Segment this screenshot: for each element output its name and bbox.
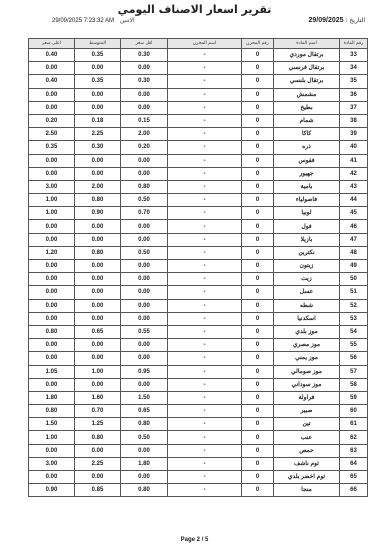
- cell-store-no: 0: [242, 180, 274, 193]
- cell-item-no: 64: [340, 457, 368, 470]
- cell-store-no: 0: [242, 405, 274, 418]
- cell-max-price: 0.00: [29, 444, 75, 457]
- cell-min-price: 0.15: [121, 114, 168, 127]
- cell-item-no: 53: [340, 312, 368, 325]
- cell-min-price: 0.65: [121, 405, 168, 418]
- cell-item-no: 56: [340, 352, 368, 365]
- cell-max-price: 0.00: [29, 101, 75, 114]
- cell-max-price: 0.20: [29, 114, 75, 127]
- cell-avg-price: 0.00: [75, 299, 121, 312]
- cell-max-price: 0.00: [29, 352, 75, 365]
- cell-store-no: 0: [242, 260, 274, 273]
- cell-max-price: 0.00: [29, 260, 75, 273]
- cell-avg-price: 0.85: [75, 484, 121, 497]
- cell-store-no: 0: [242, 378, 274, 391]
- cell-item-name: عسل: [274, 286, 340, 299]
- header-store-name: اسم المخزن: [168, 39, 242, 49]
- report-timestamp: 29/09/2025 7:23:32 AM الاثنين: [52, 17, 135, 24]
- cell-item-no: 43: [340, 180, 368, 193]
- cell-item-name: فول: [274, 220, 340, 233]
- cell-store-name: -: [168, 299, 242, 312]
- cell-avg-price: 0.00: [75, 260, 121, 273]
- cell-store-no: 0: [242, 62, 274, 75]
- cell-store-no: 0: [242, 273, 274, 286]
- header-max-price: اعلى سعر: [29, 39, 75, 49]
- cell-avg-price: 2.00: [75, 180, 121, 193]
- cell-item-name: بطيخ: [274, 101, 340, 114]
- cell-item-name: فاصولياء: [274, 194, 340, 207]
- cell-min-price: 0.00: [121, 167, 168, 180]
- cell-max-price: 0.00: [29, 88, 75, 101]
- table-row: 50زيت0-0.000.000.00: [29, 273, 368, 286]
- cell-min-price: 0.00: [121, 339, 168, 352]
- cell-item-no: 42: [340, 167, 368, 180]
- cell-avg-price: 2.25: [75, 128, 121, 141]
- cell-min-price: 0.00: [121, 378, 168, 391]
- cell-min-price: 0.20: [121, 141, 168, 154]
- cell-item-no: 37: [340, 101, 368, 114]
- cell-avg-price: 1.60: [75, 391, 121, 404]
- cell-avg-price: 1.25: [75, 418, 121, 431]
- cell-store-name: -: [168, 444, 242, 457]
- cell-store-name: -: [168, 220, 242, 233]
- cell-store-no: 0: [242, 128, 274, 141]
- table-row: 64ثوم ناشف0-1.802.253.00: [29, 457, 368, 470]
- table-row: 46فول0-0.000.000.00: [29, 220, 368, 233]
- cell-store-no: 0: [242, 365, 274, 378]
- table-row: 47بازيلا0-0.000.000.00: [29, 233, 368, 246]
- cell-store-name: -: [168, 114, 242, 127]
- cell-max-price: 0.00: [29, 220, 75, 233]
- cell-store-name: -: [168, 260, 242, 273]
- table-row: 42جهيور0-0.000.000.00: [29, 167, 368, 180]
- cell-store-name: -: [168, 180, 242, 193]
- cell-min-price: 1.50: [121, 391, 168, 404]
- table-row: 59فراولة0-1.501.601.80: [29, 391, 368, 404]
- cell-item-name: نكترين: [274, 246, 340, 259]
- cell-avg-price: 0.00: [75, 378, 121, 391]
- cell-max-price: 0.00: [29, 273, 75, 286]
- cell-item-no: 66: [340, 484, 368, 497]
- cell-store-no: 0: [242, 418, 274, 431]
- cell-max-price: 2.50: [29, 128, 75, 141]
- cell-item-no: 49: [340, 260, 368, 273]
- cell-store-no: 0: [242, 167, 274, 180]
- header-store-no: رقم المخزن: [242, 39, 274, 49]
- cell-avg-price: 0.35: [75, 75, 121, 88]
- cell-avg-price: 0.00: [75, 312, 121, 325]
- cell-min-price: 0.00: [121, 471, 168, 484]
- table-row: 36مشمش0-0.000.000.00: [29, 88, 368, 101]
- table-row: 51عسل0-0.000.000.00: [29, 286, 368, 299]
- cell-store-name: -: [168, 457, 242, 470]
- cell-item-name: ثوم ناشف: [274, 457, 340, 470]
- cell-item-no: 60: [340, 405, 368, 418]
- cell-avg-price: 0.00: [75, 339, 121, 352]
- cell-item-name: موز يمني: [274, 352, 340, 365]
- table-row: 57موز صومالي0-0.951.001.05: [29, 365, 368, 378]
- cell-avg-price: 0.00: [75, 286, 121, 299]
- cell-item-name: فراولة: [274, 391, 340, 404]
- cell-min-price: 0.30: [121, 49, 168, 62]
- header-avg-price: المتوسط: [75, 39, 121, 49]
- cell-max-price: 0.00: [29, 154, 75, 167]
- cell-max-price: 3.00: [29, 180, 75, 193]
- cell-avg-price: 0.80: [75, 431, 121, 444]
- cell-item-no: 63: [340, 444, 368, 457]
- cell-max-price: 3.00: [29, 457, 75, 470]
- cell-min-price: 0.80: [121, 484, 168, 497]
- cell-max-price: 0.40: [29, 75, 75, 88]
- cell-store-no: 0: [242, 299, 274, 312]
- table-row: 37بطيخ0-0.000.000.00: [29, 101, 368, 114]
- cell-store-name: -: [168, 391, 242, 404]
- cell-store-name: -: [168, 246, 242, 259]
- table-row: 48نكترين0-0.500.801.20: [29, 246, 368, 259]
- cell-store-no: 0: [242, 114, 274, 127]
- table-row: 35برتقال بلنسي0-0.300.350.40: [29, 75, 368, 88]
- cell-min-price: 0.00: [121, 312, 168, 325]
- cell-max-price: 0.00: [29, 339, 75, 352]
- date-label: التاريخ :: [345, 17, 365, 24]
- cell-store-name: -: [168, 101, 242, 114]
- cell-item-name: حمص: [274, 444, 340, 457]
- timestamp-value: 29/09/2025 7:23:32 AM: [52, 18, 114, 24]
- cell-min-price: 0.30: [121, 75, 168, 88]
- report-title: تقرير اسعار الاصناف اليومي: [0, 3, 389, 16]
- page-indicator: Page 2 / 5: [0, 537, 389, 543]
- cell-avg-price: 0.00: [75, 88, 121, 101]
- cell-min-price: 0.00: [121, 154, 168, 167]
- cell-item-no: 40: [340, 141, 368, 154]
- report-date: التاريخ : 29/09/2025: [309, 17, 365, 24]
- table-row: 55موز مصري0-0.000.000.00: [29, 339, 368, 352]
- cell-item-name: بازيلا: [274, 233, 340, 246]
- cell-min-price: 0.00: [121, 220, 168, 233]
- cell-avg-price: 0.00: [75, 101, 121, 114]
- cell-max-price: 1.50: [29, 418, 75, 431]
- table-row: 54موز بلدي0-0.550.650.80: [29, 325, 368, 338]
- date-value: 29/09/2025: [309, 17, 344, 24]
- cell-avg-price: 0.00: [75, 62, 121, 75]
- table-row: 45لوبيا0-0.700.901.00: [29, 207, 368, 220]
- cell-store-no: 0: [242, 141, 274, 154]
- cell-item-name: مشمش: [274, 88, 340, 101]
- table-row: 62عنب0-0.500.801.00: [29, 431, 368, 444]
- table-row: 40ذره0-0.200.300.35: [29, 141, 368, 154]
- cell-item-name: ذره: [274, 141, 340, 154]
- header-item-name: اسم المادة: [274, 39, 340, 49]
- cell-item-no: 45: [340, 207, 368, 220]
- cell-min-price: 2.00: [121, 128, 168, 141]
- cell-item-no: 51: [340, 286, 368, 299]
- cell-max-price: 0.35: [29, 141, 75, 154]
- cell-item-name: موز سوداني: [274, 378, 340, 391]
- cell-item-no: 36: [340, 88, 368, 101]
- cell-item-name: زيت: [274, 273, 340, 286]
- cell-store-name: -: [168, 431, 242, 444]
- cell-store-no: 0: [242, 444, 274, 457]
- cell-avg-price: 0.30: [75, 141, 121, 154]
- cell-item-name: بامية: [274, 180, 340, 193]
- cell-avg-price: 0.18: [75, 114, 121, 127]
- cell-min-price: 0.95: [121, 365, 168, 378]
- cell-store-name: -: [168, 273, 242, 286]
- cell-item-name: جهيور: [274, 167, 340, 180]
- cell-item-name: تين: [274, 418, 340, 431]
- cell-store-no: 0: [242, 88, 274, 101]
- cell-store-name: -: [168, 325, 242, 338]
- cell-store-name: -: [168, 378, 242, 391]
- cell-store-no: 0: [242, 325, 274, 338]
- cell-store-no: 0: [242, 471, 274, 484]
- table-row: 43بامية0-0.802.003.00: [29, 180, 368, 193]
- cell-item-name: اسكدنيا: [274, 312, 340, 325]
- cell-avg-price: 0.00: [75, 220, 121, 233]
- cell-max-price: 0.00: [29, 378, 75, 391]
- table-row: 53اسكدنيا0-0.000.000.00: [29, 312, 368, 325]
- cell-min-price: 0.70: [121, 207, 168, 220]
- cell-item-no: 65: [340, 471, 368, 484]
- cell-min-price: 0.00: [121, 286, 168, 299]
- cell-store-no: 0: [242, 391, 274, 404]
- cell-store-no: 0: [242, 484, 274, 497]
- cell-store-no: 0: [242, 101, 274, 114]
- cell-item-name: برتقال بلنسي: [274, 75, 340, 88]
- cell-store-name: -: [168, 405, 242, 418]
- cell-avg-price: 1.00: [75, 365, 121, 378]
- cell-min-price: 0.00: [121, 88, 168, 101]
- cell-item-no: 57: [340, 365, 368, 378]
- cell-store-name: -: [168, 62, 242, 75]
- cell-store-no: 0: [242, 286, 274, 299]
- cell-max-price: 1.20: [29, 246, 75, 259]
- header-min-price: اقل سعر: [121, 39, 168, 49]
- cell-avg-price: 0.00: [75, 154, 121, 167]
- cell-item-no: 33: [340, 49, 368, 62]
- cell-store-no: 0: [242, 233, 274, 246]
- table-row: 52شطه0-0.000.000.00: [29, 299, 368, 312]
- cell-store-no: 0: [242, 194, 274, 207]
- cell-store-name: -: [168, 194, 242, 207]
- cell-min-price: 0.80: [121, 180, 168, 193]
- cell-max-price: 0.00: [29, 233, 75, 246]
- cell-store-name: -: [168, 312, 242, 325]
- cell-item-no: 35: [340, 75, 368, 88]
- table-header-row: رقم المادة اسم المادة رقم المخزن اسم الم…: [29, 39, 368, 49]
- cell-avg-price: 2.25: [75, 457, 121, 470]
- cell-max-price: 1.05: [29, 365, 75, 378]
- cell-avg-price: 0.00: [75, 352, 121, 365]
- cell-max-price: 1.00: [29, 431, 75, 444]
- table-row: 66منجا0-0.800.850.90: [29, 484, 368, 497]
- cell-item-name: زيتون: [274, 260, 340, 273]
- table-row: 38شمام0-0.150.180.20: [29, 114, 368, 127]
- cell-store-name: -: [168, 49, 242, 62]
- cell-store-name: -: [168, 471, 242, 484]
- cell-max-price: 0.80: [29, 405, 75, 418]
- cell-max-price: 0.00: [29, 62, 75, 75]
- cell-max-price: 0.00: [29, 286, 75, 299]
- cell-item-no: 46: [340, 220, 368, 233]
- table-row: 63حمص0-0.000.000.00: [29, 444, 368, 457]
- cell-min-price: 0.00: [121, 260, 168, 273]
- cell-item-name: موز بلدي: [274, 325, 340, 338]
- table-row: 61تين0-0.801.251.50: [29, 418, 368, 431]
- cell-avg-price: 0.70: [75, 405, 121, 418]
- cell-min-price: 0.50: [121, 246, 168, 259]
- header-item-no: رقم المادة: [340, 39, 368, 49]
- cell-max-price: 1.00: [29, 194, 75, 207]
- cell-max-price: 0.00: [29, 471, 75, 484]
- cell-avg-price: 0.00: [75, 444, 121, 457]
- cell-item-no: 54: [340, 325, 368, 338]
- cell-store-no: 0: [242, 339, 274, 352]
- cell-min-price: 0.50: [121, 431, 168, 444]
- cell-min-price: 0.00: [121, 299, 168, 312]
- cell-item-no: 39: [340, 128, 368, 141]
- cell-item-no: 61: [340, 418, 368, 431]
- cell-store-name: -: [168, 339, 242, 352]
- cell-store-no: 0: [242, 431, 274, 444]
- cell-item-name: لوبيا: [274, 207, 340, 220]
- cell-item-no: 38: [340, 114, 368, 127]
- cell-store-name: -: [168, 365, 242, 378]
- cell-store-no: 0: [242, 352, 274, 365]
- cell-max-price: 1.80: [29, 391, 75, 404]
- cell-max-price: 0.80: [29, 325, 75, 338]
- cell-min-price: 0.55: [121, 325, 168, 338]
- cell-store-name: -: [168, 88, 242, 101]
- cell-min-price: 0.00: [121, 273, 168, 286]
- table-row: 41فقوس0-0.000.000.00: [29, 154, 368, 167]
- cell-max-price: 0.00: [29, 167, 75, 180]
- cell-item-no: 55: [340, 339, 368, 352]
- cell-avg-price: 0.80: [75, 194, 121, 207]
- cell-item-name: صبير: [274, 405, 340, 418]
- table-row: 39كاكا0-2.002.252.50: [29, 128, 368, 141]
- cell-store-name: -: [168, 418, 242, 431]
- cell-item-name: موز صومالي: [274, 365, 340, 378]
- cell-store-no: 0: [242, 154, 274, 167]
- table-row: 58موز سوداني0-0.000.000.00: [29, 378, 368, 391]
- cell-store-no: 0: [242, 312, 274, 325]
- cell-store-no: 0: [242, 207, 274, 220]
- cell-avg-price: 0.00: [75, 273, 121, 286]
- prices-table: رقم المادة اسم المادة رقم المخزن اسم الم…: [28, 38, 368, 497]
- cell-item-no: 47: [340, 233, 368, 246]
- cell-item-no: 48: [340, 246, 368, 259]
- cell-min-price: 0.00: [121, 352, 168, 365]
- weekday: الاثنين: [120, 18, 135, 24]
- cell-store-name: -: [168, 286, 242, 299]
- cell-store-no: 0: [242, 246, 274, 259]
- table-row: 44فاصولياء0-0.500.801.00: [29, 194, 368, 207]
- cell-avg-price: 0.00: [75, 233, 121, 246]
- cell-store-no: 0: [242, 75, 274, 88]
- cell-item-name: ثوم اخضر بلدي: [274, 471, 340, 484]
- cell-item-no: 34: [340, 62, 368, 75]
- cell-avg-price: 0.65: [75, 325, 121, 338]
- cell-item-name: منجا: [274, 484, 340, 497]
- table-row: 33برتقال موردي0-0.300.350.40: [29, 49, 368, 62]
- cell-store-no: 0: [242, 457, 274, 470]
- cell-item-no: 50: [340, 273, 368, 286]
- cell-item-no: 41: [340, 154, 368, 167]
- cell-max-price: 1.00: [29, 207, 75, 220]
- cell-max-price: 0.00: [29, 312, 75, 325]
- cell-max-price: 0.40: [29, 49, 75, 62]
- cell-store-no: 0: [242, 220, 274, 233]
- cell-item-name: عنب: [274, 431, 340, 444]
- cell-store-no: 0: [242, 49, 274, 62]
- cell-avg-price: 0.00: [75, 471, 121, 484]
- cell-min-price: 0.00: [121, 444, 168, 457]
- cell-store-name: -: [168, 484, 242, 497]
- table-row: 34برتقال فرنسي0-0.000.000.00: [29, 62, 368, 75]
- cell-item-name: كاكا: [274, 128, 340, 141]
- cell-store-name: -: [168, 352, 242, 365]
- cell-item-name: برتقال فرنسي: [274, 62, 340, 75]
- table-row: 65ثوم اخضر بلدي0-0.000.000.00: [29, 471, 368, 484]
- cell-item-no: 62: [340, 431, 368, 444]
- cell-avg-price: 0.35: [75, 49, 121, 62]
- cell-item-no: 44: [340, 194, 368, 207]
- cell-item-name: برتقال موردي: [274, 49, 340, 62]
- cell-min-price: 0.00: [121, 62, 168, 75]
- table-row: 56موز يمني0-0.000.000.00: [29, 352, 368, 365]
- cell-item-name: شطه: [274, 299, 340, 312]
- cell-min-price: 0.80: [121, 418, 168, 431]
- cell-min-price: 0.50: [121, 194, 168, 207]
- cell-item-name: شمام: [274, 114, 340, 127]
- cell-store-name: -: [168, 128, 242, 141]
- cell-max-price: 0.00: [29, 299, 75, 312]
- cell-max-price: 0.90: [29, 484, 75, 497]
- cell-item-no: 58: [340, 378, 368, 391]
- cell-avg-price: 0.00: [75, 167, 121, 180]
- cell-item-name: موز مصري: [274, 339, 340, 352]
- cell-store-name: -: [168, 167, 242, 180]
- cell-min-price: 0.00: [121, 101, 168, 114]
- cell-min-price: 1.80: [121, 457, 168, 470]
- cell-store-name: -: [168, 141, 242, 154]
- cell-item-name: فقوس: [274, 154, 340, 167]
- table-row: 49زيتون0-0.000.000.00: [29, 260, 368, 273]
- cell-item-no: 52: [340, 299, 368, 312]
- cell-avg-price: 0.80: [75, 246, 121, 259]
- cell-avg-price: 0.90: [75, 207, 121, 220]
- cell-min-price: 0.00: [121, 233, 168, 246]
- cell-item-no: 59: [340, 391, 368, 404]
- cell-store-name: -: [168, 75, 242, 88]
- cell-store-name: -: [168, 154, 242, 167]
- cell-store-name: -: [168, 233, 242, 246]
- table-row: 60صبير0-0.650.700.80: [29, 405, 368, 418]
- cell-store-name: -: [168, 207, 242, 220]
